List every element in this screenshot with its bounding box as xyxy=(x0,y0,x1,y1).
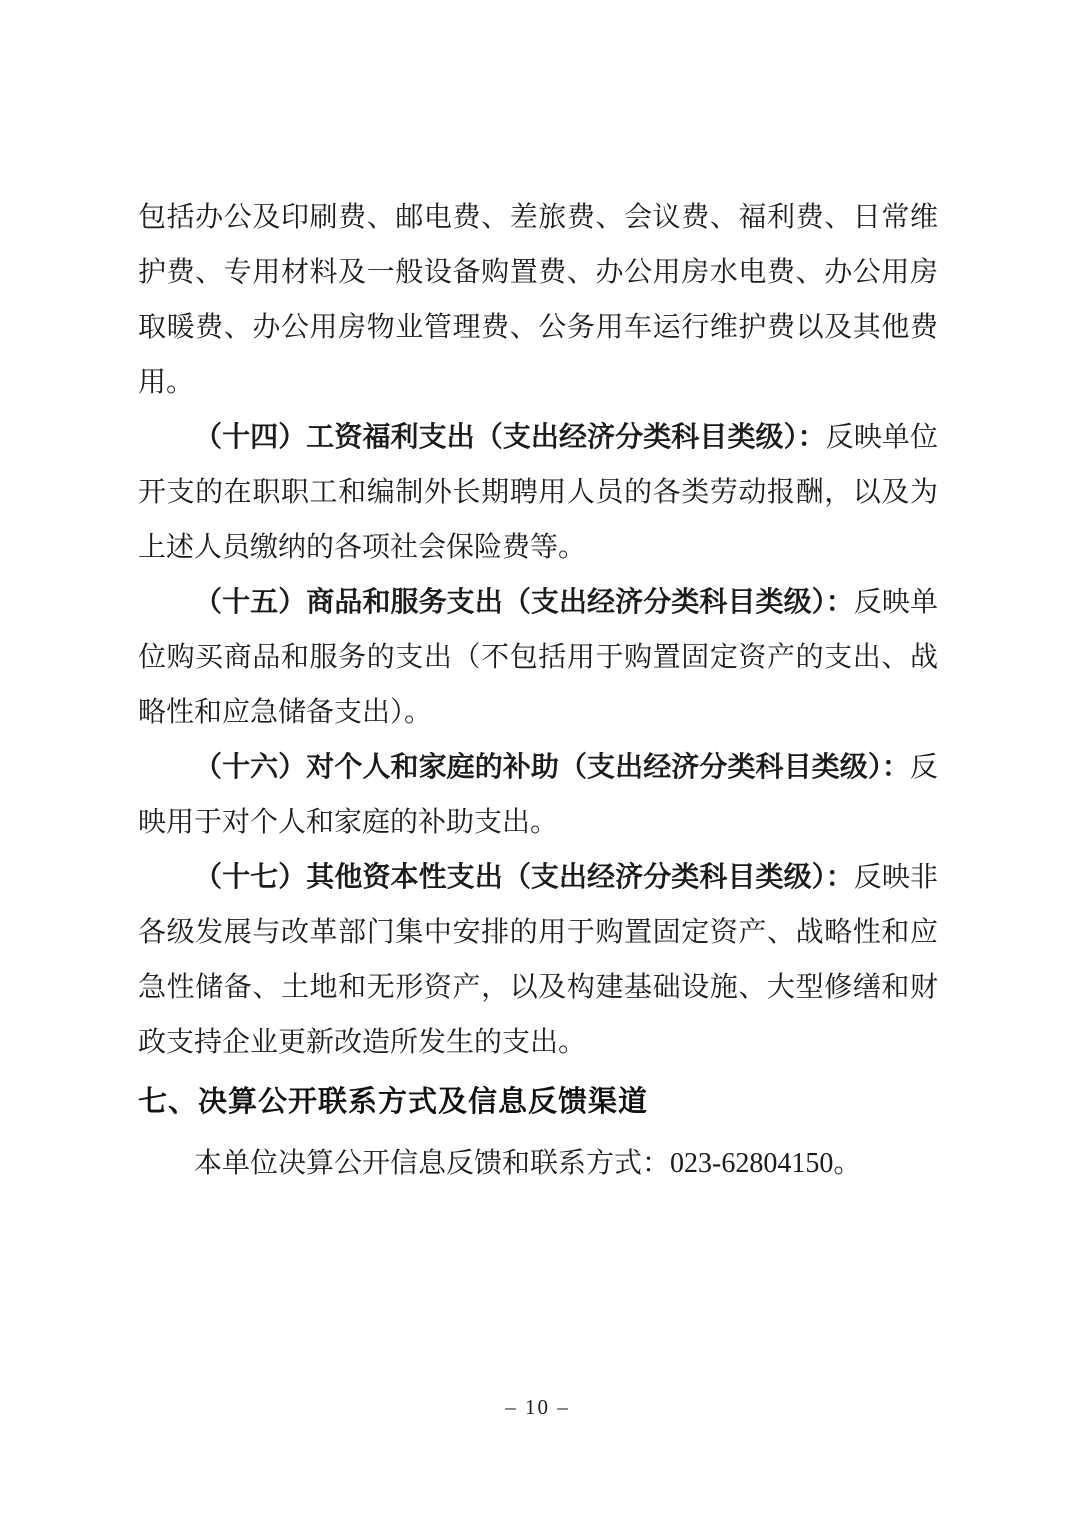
paragraph-lead: （十七）其他资本性支出（支出经济分类科目类级）： xyxy=(194,862,854,893)
paragraph-lead: （十六）对个人和家庭的补助（支出经济分类科目类级）： xyxy=(194,752,910,783)
paragraph: 本单位决算公开信息反馈和联系方式：023-62804150。 xyxy=(138,1136,938,1191)
paragraph: （十四）工资福利支出（支出经济分类科目类级）：反映单位开支的在职职工和编制外长期… xyxy=(138,410,938,575)
paragraph: （十五）商品和服务支出（支出经济分类科目类级）：反映单位购买商品和服务的支出（不… xyxy=(138,575,938,740)
page-number: – 10 – xyxy=(505,1395,570,1419)
paragraph: （十七）其他资本性支出（支出经济分类科目类级）：反映非各级发展与改革部门集中安排… xyxy=(138,850,938,1070)
paragraph-lead: （十五）商品和服务支出（支出经济分类科目类级）： xyxy=(194,587,854,618)
document-page: 包括办公及印刷费、邮电费、差旅费、会议费、福利费、日常维护费、专用材料及一般设备… xyxy=(0,0,1075,1520)
paragraph: 包括办公及印刷费、邮电费、差旅费、会议费、福利费、日常维护费、专用材料及一般设备… xyxy=(138,190,938,410)
paragraph-lead: （十四）工资福利支出（支出经济分类科目类级）： xyxy=(194,422,826,453)
page-footer: – 10 – xyxy=(0,1395,1075,1420)
section-heading: 七、决算公开联系方式及信息反馈渠道 xyxy=(138,1075,938,1130)
paragraph: （十六）对个人和家庭的补助（支出经济分类科目类级）：反映用于对个人和家庭的补助支… xyxy=(138,740,938,850)
document-body: 包括办公及印刷费、邮电费、差旅费、会议费、福利费、日常维护费、专用材料及一般设备… xyxy=(138,190,938,1191)
